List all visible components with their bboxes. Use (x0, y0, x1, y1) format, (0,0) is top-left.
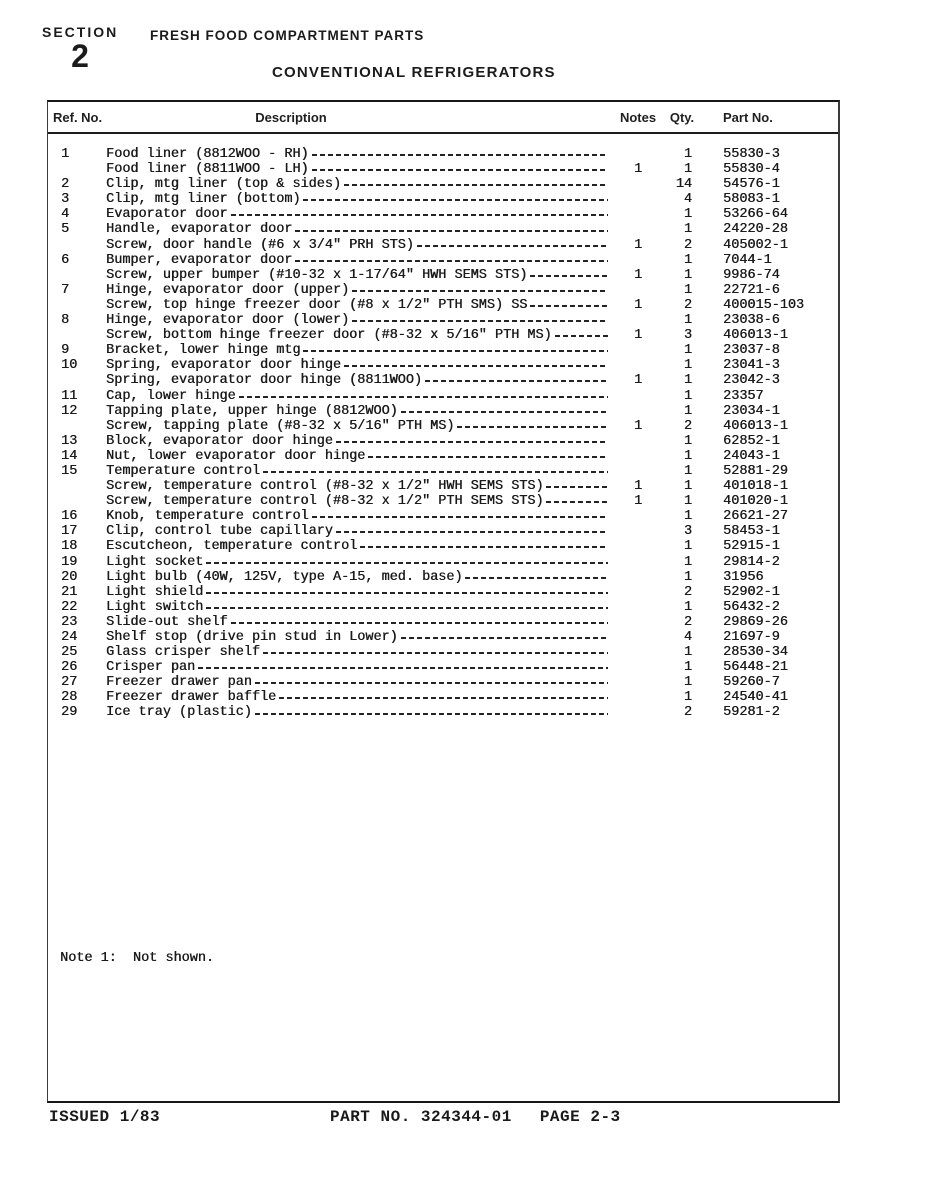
footer-part-number: PART NO. 324344-01 (330, 1108, 512, 1126)
dash-leader (546, 501, 608, 503)
ref-no-cell: 3 (48, 192, 106, 207)
description-text: Screw, temperature control (#8-32 x 1/2"… (106, 479, 543, 494)
notes-cell (616, 449, 660, 464)
ref-no-cell: 17 (48, 524, 106, 539)
ref-no-cell (48, 479, 106, 494)
dash-leader (368, 456, 608, 458)
part-no-cell: 62852-1 (704, 434, 838, 449)
description-text: Food liner (8811WOO - LH) (106, 162, 309, 177)
part-no-cell: 28530-34 (704, 645, 838, 660)
qty-cell: 1 (660, 600, 704, 615)
part-no-cell: 26621-27 (704, 509, 838, 524)
description-cell: Screw, temperature control (#8-32 x 1/2"… (106, 494, 616, 509)
notes-cell (616, 509, 660, 524)
ref-no-cell (48, 373, 106, 388)
dash-leader (312, 516, 608, 518)
notes-cell: 1 (616, 238, 660, 253)
table-row: Screw, top hinge freezer door (#8 x 1/2"… (48, 298, 838, 313)
notes-cell (616, 147, 660, 162)
dash-leader (344, 365, 608, 367)
table-row: 13 Block, evaporator door hinge 1 62852-… (48, 434, 838, 449)
dash-leader (530, 275, 608, 277)
part-no-cell: 29814-2 (704, 555, 838, 570)
dash-leader (530, 305, 608, 307)
qty-cell: 1 (660, 464, 704, 479)
description-cell: Knob, temperature control (106, 509, 616, 524)
notes-cell: 1 (616, 162, 660, 177)
qty-cell: 1 (660, 373, 704, 388)
qty-cell: 2 (660, 238, 704, 253)
dash-leader (417, 245, 608, 247)
table-row: 3 Clip, mtg liner (bottom) 4 58083-1 (48, 192, 838, 207)
qty-cell: 1 (660, 690, 704, 705)
description-cell: Screw, door handle (#6 x 3/4" PRH STS) (106, 238, 616, 253)
table-row: Spring, evaporator door hinge (8811WOO) … (48, 373, 838, 388)
ref-no-cell: 11 (48, 389, 106, 404)
dash-leader (312, 169, 608, 171)
table-row: 22 Light switch 1 56432-2 (48, 600, 838, 615)
ref-no-cell: 23 (48, 615, 106, 630)
table-row: 2 Clip, mtg liner (top & sides) 14 54576… (48, 177, 838, 192)
dash-leader (546, 486, 608, 488)
table-row: 29 Ice tray (plastic) 2 59281-2 (48, 705, 838, 720)
ref-no-cell: 13 (48, 434, 106, 449)
table-row: Screw, tapping plate (#8-32 x 5/16" PTH … (48, 419, 838, 434)
description-cell: Escutcheon, temperature control (106, 539, 616, 554)
qty-cell: 4 (660, 630, 704, 645)
description-text: Cap, lower hinge (106, 389, 236, 404)
description-cell: Clip, mtg liner (bottom) (106, 192, 616, 207)
description-text: Hinge, evaporator door (lower) (106, 313, 349, 328)
part-no-cell: 401018-1 (704, 479, 838, 494)
dash-leader (401, 637, 608, 639)
description-cell: Bumper, evaporator door (106, 253, 616, 268)
qty-cell: 1 (660, 570, 704, 585)
footnote: Note 1: Not shown. (60, 951, 214, 966)
notes-cell (616, 675, 660, 690)
dash-leader (303, 350, 608, 352)
qty-cell: 4 (660, 192, 704, 207)
table-row: 9 Bracket, lower hinge mtg 1 23037-8 (48, 343, 838, 358)
table-row: 4 Evaporator door 1 53266-64 (48, 207, 838, 222)
description-text: Crisper pan (106, 660, 195, 675)
notes-cell: 1 (616, 268, 660, 283)
ref-no-cell (48, 238, 106, 253)
table-row: 11 Cap, lower hinge 1 23357 (48, 389, 838, 404)
qty-cell: 1 (660, 268, 704, 283)
description-cell: Slide-out shelf (106, 615, 616, 630)
table-row: Food liner (8811WOO - LH) 1 1 55830-4 (48, 162, 838, 177)
description-text: Screw, top hinge freezer door (#8 x 1/2"… (106, 298, 527, 313)
description-cell: Clip, mtg liner (top & sides) (106, 177, 616, 192)
dash-leader (336, 441, 608, 443)
part-no-cell: 31956 (704, 570, 838, 585)
ref-no-cell (48, 298, 106, 313)
description-cell: Clip, control tube capillary (106, 524, 616, 539)
table-row: 16 Knob, temperature control 1 26621-27 (48, 509, 838, 524)
part-no-cell: 53266-64 (704, 207, 838, 222)
table-row: Screw, temperature control (#8-32 x 1/2"… (48, 479, 838, 494)
part-no-cell: 23037-8 (704, 343, 838, 358)
description-text: Evaporator door (106, 207, 228, 222)
description-cell: Bracket, lower hinge mtg (106, 343, 616, 358)
table-row: Screw, door handle (#6 x 3/4" PRH STS) 1… (48, 238, 838, 253)
qty-cell: 1 (660, 555, 704, 570)
description-text: Clip, mtg liner (top & sides) (106, 177, 341, 192)
column-header-part-no: Part No. (704, 110, 838, 125)
table-row: 15 Temperature control 1 52881-29 (48, 464, 838, 479)
notes-cell (616, 283, 660, 298)
ref-no-cell: 14 (48, 449, 106, 464)
dash-leader (231, 214, 608, 216)
table-row: 7 Hinge, evaporator door (upper) 1 22721… (48, 283, 838, 298)
table-row: 28 Freezer drawer baffle 1 24540-41 (48, 690, 838, 705)
description-cell: Hinge, evaporator door (lower) (106, 313, 616, 328)
description-text: Light bulb (40W, 125V, type A-15, med. b… (106, 570, 462, 585)
ref-no-cell: 7 (48, 283, 106, 298)
ref-no-cell: 28 (48, 690, 106, 705)
column-header-description: Description (106, 110, 616, 125)
part-no-cell: 29869-26 (704, 615, 838, 630)
description-text: Tapping plate, upper hinge (8812WOO) (106, 404, 398, 419)
table-row: 23 Slide-out shelf 2 29869-26 (48, 615, 838, 630)
notes-cell (616, 434, 660, 449)
qty-cell: 1 (660, 389, 704, 404)
qty-cell: 1 (660, 494, 704, 509)
description-text: Freezer drawer pan (106, 675, 252, 690)
part-no-cell: 23038-6 (704, 313, 838, 328)
table-row: 27 Freezer drawer pan 1 59260-7 (48, 675, 838, 690)
qty-cell: 1 (660, 313, 704, 328)
qty-cell: 14 (660, 177, 704, 192)
notes-cell (616, 645, 660, 660)
notes-cell (616, 570, 660, 585)
part-no-cell: 54576-1 (704, 177, 838, 192)
table-row: 12 Tapping plate, upper hinge (8812WOO) … (48, 404, 838, 419)
dash-leader (206, 607, 608, 609)
part-no-cell: 23042-3 (704, 373, 838, 388)
description-text: Light switch (106, 600, 203, 615)
part-no-cell: 400015-103 (704, 298, 838, 313)
description-text: Slide-out shelf (106, 615, 228, 630)
description-text: Temperature control (106, 464, 260, 479)
qty-cell: 1 (660, 343, 704, 358)
ref-no-cell: 21 (48, 585, 106, 600)
ref-no-cell (48, 268, 106, 283)
description-text: Block, evaporator door hinge (106, 434, 333, 449)
table-row: 26 Crisper pan 1 56448-21 (48, 660, 838, 675)
ref-no-cell (48, 494, 106, 509)
ref-no-cell: 1 (48, 147, 106, 162)
description-text: Screw, tapping plate (#8-32 x 5/16" PTH … (106, 419, 454, 434)
qty-cell: 1 (660, 404, 704, 419)
description-text: Handle, evaporator door (106, 222, 292, 237)
part-no-cell: 23034-1 (704, 404, 838, 419)
table-row: 5 Handle, evaporator door 1 24220-28 (48, 222, 838, 237)
description-cell: Tapping plate, upper hinge (8812WOO) (106, 404, 616, 419)
notes-cell (616, 555, 660, 570)
section-number: 2 (42, 38, 118, 75)
ref-no-cell: 10 (48, 358, 106, 373)
description-cell: Light shield (106, 585, 616, 600)
description-cell: Food liner (8811WOO - LH) (106, 162, 616, 177)
description-cell: Screw, temperature control (#8-32 x 1/2"… (106, 479, 616, 494)
notes-cell (616, 705, 660, 720)
notes-cell: 1 (616, 479, 660, 494)
notes-cell: 1 (616, 328, 660, 343)
description-cell: Handle, evaporator door (106, 222, 616, 237)
table-row: 1 Food liner (8812WOO - RH) 1 55830-3 (48, 147, 838, 162)
dash-leader (425, 380, 608, 382)
notes-cell (616, 343, 660, 358)
qty-cell: 1 (660, 434, 704, 449)
ref-no-cell: 12 (48, 404, 106, 419)
ref-no-cell: 6 (48, 253, 106, 268)
part-no-cell: 59281-2 (704, 705, 838, 720)
ref-no-cell (48, 328, 106, 343)
dash-leader (336, 531, 608, 533)
dash-leader (263, 652, 608, 654)
description-cell: Hinge, evaporator door (upper) (106, 283, 616, 298)
table-row: Screw, temperature control (#8-32 x 1/2"… (48, 494, 838, 509)
notes-cell (616, 585, 660, 600)
column-header-ref-no: Ref. No. (48, 110, 106, 125)
table-row: 24 Shelf stop (drive pin stud in Lower) … (48, 630, 838, 645)
notes-cell (616, 207, 660, 222)
dash-leader (198, 667, 608, 669)
qty-cell: 3 (660, 524, 704, 539)
table-row: 17 Clip, control tube capillary 3 58453-… (48, 524, 838, 539)
notes-cell (616, 389, 660, 404)
table-row: 18 Escutcheon, temperature control 1 529… (48, 539, 838, 554)
dash-leader (295, 260, 608, 262)
part-no-cell: 21697-9 (704, 630, 838, 645)
part-no-cell: 405002-1 (704, 238, 838, 253)
dash-leader (206, 592, 608, 594)
part-no-cell: 56448-21 (704, 660, 838, 675)
notes-cell (616, 660, 660, 675)
dash-leader (401, 411, 608, 413)
table-row: 25 Glass crisper shelf 1 28530-34 (48, 645, 838, 660)
dash-leader (231, 622, 608, 624)
part-no-cell: 59260-7 (704, 675, 838, 690)
qty-cell: 1 (660, 660, 704, 675)
qty-cell: 1 (660, 645, 704, 660)
dash-leader (255, 682, 608, 684)
qty-cell: 1 (660, 539, 704, 554)
description-text: Spring, evaporator door hinge (8811WOO) (106, 373, 422, 388)
notes-cell (616, 615, 660, 630)
ref-no-cell: 22 (48, 600, 106, 615)
dash-leader (360, 546, 608, 548)
ref-no-cell: 15 (48, 464, 106, 479)
ref-no-cell: 20 (48, 570, 106, 585)
scanned-parts-catalog-page: SECTION 2 FRESH FOOD COMPARTMENT PARTS C… (0, 0, 948, 1200)
qty-cell: 1 (660, 253, 704, 268)
ref-no-cell: 29 (48, 705, 106, 720)
footer-page-number: PAGE 2-3 (540, 1108, 621, 1126)
table-row: 20 Light bulb (40W, 125V, type A-15, med… (48, 570, 838, 585)
ref-no-cell: 4 (48, 207, 106, 222)
part-no-cell: 406013-1 (704, 419, 838, 434)
table-row: 14 Nut, lower evaporator door hinge 1 24… (48, 449, 838, 464)
description-cell: Temperature control (106, 464, 616, 479)
notes-cell (616, 253, 660, 268)
ref-no-cell (48, 419, 106, 434)
description-cell: Spring, evaporator door hinge (106, 358, 616, 373)
description-cell: Food liner (8812WOO - RH) (106, 147, 616, 162)
part-no-cell: 52915-1 (704, 539, 838, 554)
qty-cell: 1 (660, 283, 704, 298)
description-text: Shelf stop (drive pin stud in Lower) (106, 630, 398, 645)
column-header-notes: Notes (616, 110, 660, 125)
qty-cell: 1 (660, 675, 704, 690)
dash-leader (312, 154, 608, 156)
part-no-cell: 56432-2 (704, 600, 838, 615)
ref-no-cell: 16 (48, 509, 106, 524)
description-text: Spring, evaporator door hinge (106, 358, 341, 373)
table-row: 8 Hinge, evaporator door (lower) 1 23038… (48, 313, 838, 328)
parts-table-body: 1 Food liner (8812WOO - RH) 1 55830-3 Fo… (48, 134, 838, 721)
part-no-cell: 52902-1 (704, 585, 838, 600)
parts-table-header: Ref. No. Description Notes Qty. Part No. (48, 102, 838, 134)
part-no-cell: 55830-4 (704, 162, 838, 177)
description-text: Glass crisper shelf (106, 645, 260, 660)
ref-no-cell: 19 (48, 555, 106, 570)
description-cell: Light socket (106, 555, 616, 570)
dash-leader (344, 184, 608, 186)
description-cell: Screw, upper bumper (#10-32 x 1-17/64" H… (106, 268, 616, 283)
description-cell: Screw, tapping plate (#8-32 x 5/16" PTH … (106, 419, 616, 434)
notes-cell (616, 313, 660, 328)
qty-cell: 1 (660, 358, 704, 373)
dash-leader (239, 396, 608, 398)
qty-cell: 1 (660, 449, 704, 464)
page-subtitle: CONVENTIONAL REFRIGERATORS (272, 64, 556, 81)
notes-cell (616, 690, 660, 705)
dash-leader (255, 713, 608, 715)
description-text: Clip, control tube capillary (106, 524, 333, 539)
dash-leader (295, 230, 608, 232)
description-cell: Spring, evaporator door hinge (8811WOO) (106, 373, 616, 388)
dash-leader (352, 320, 608, 322)
qty-cell: 2 (660, 419, 704, 434)
notes-cell (616, 404, 660, 419)
ref-no-cell: 8 (48, 313, 106, 328)
page-title: FRESH FOOD COMPARTMENT PARTS (150, 28, 424, 43)
part-no-cell: 55830-3 (704, 147, 838, 162)
description-cell: Screw, top hinge freezer door (#8 x 1/2"… (106, 298, 616, 313)
description-cell: Cap, lower hinge (106, 389, 616, 404)
part-no-cell: 22721-6 (704, 283, 838, 298)
qty-cell: 2 (660, 615, 704, 630)
dash-leader (457, 426, 608, 428)
column-header-qty: Qty. (660, 110, 704, 125)
ref-no-cell: 9 (48, 343, 106, 358)
dash-leader (465, 577, 608, 579)
description-cell: Nut, lower evaporator door hinge (106, 449, 616, 464)
part-no-cell: 58083-1 (704, 192, 838, 207)
dash-leader (352, 290, 608, 292)
ref-no-cell: 26 (48, 660, 106, 675)
description-text: Hinge, evaporator door (upper) (106, 283, 349, 298)
table-row: Screw, bottom hinge freezer door (#8-32 … (48, 328, 838, 343)
notes-cell: 1 (616, 419, 660, 434)
table-row: 6 Bumper, evaporator door 1 7044-1 (48, 253, 838, 268)
dash-leader (303, 199, 608, 201)
description-text: Escutcheon, temperature control (106, 539, 357, 554)
qty-cell: 1 (660, 479, 704, 494)
description-text: Light socket (106, 555, 203, 570)
description-text: Screw, temperature control (#8-32 x 1/2"… (106, 494, 543, 509)
dash-leader (279, 697, 608, 699)
ref-no-cell: 25 (48, 645, 106, 660)
description-text: Freezer drawer baffle (106, 690, 276, 705)
notes-cell (616, 177, 660, 192)
table-row: 19 Light socket 1 29814-2 (48, 555, 838, 570)
part-no-cell: 58453-1 (704, 524, 838, 539)
notes-cell (616, 222, 660, 237)
qty-cell: 2 (660, 298, 704, 313)
notes-cell (616, 358, 660, 373)
part-no-cell: 9986-74 (704, 268, 838, 283)
description-text: Bracket, lower hinge mtg (106, 343, 300, 358)
table-row: 21 Light shield 2 52902-1 (48, 585, 838, 600)
notes-cell: 1 (616, 373, 660, 388)
notes-cell (616, 192, 660, 207)
description-cell: Evaporator door (106, 207, 616, 222)
part-no-cell: 24220-28 (704, 222, 838, 237)
qty-cell: 1 (660, 509, 704, 524)
description-text: Light shield (106, 585, 203, 600)
dash-leader (206, 562, 608, 564)
description-cell: Block, evaporator door hinge (106, 434, 616, 449)
qty-cell: 1 (660, 207, 704, 222)
part-no-cell: 24043-1 (704, 449, 838, 464)
notes-cell (616, 464, 660, 479)
part-no-cell: 406013-1 (704, 328, 838, 343)
description-cell: Glass crisper shelf (106, 645, 616, 660)
part-no-cell: 23357 (704, 389, 838, 404)
description-cell: Light bulb (40W, 125V, type A-15, med. b… (106, 570, 616, 585)
qty-cell: 2 (660, 585, 704, 600)
description-text: Bumper, evaporator door (106, 253, 292, 268)
qty-cell: 1 (660, 162, 704, 177)
notes-cell (616, 600, 660, 615)
table-row: 10 Spring, evaporator door hinge 1 23041… (48, 358, 838, 373)
description-cell: Freezer drawer baffle (106, 690, 616, 705)
description-text: Food liner (8812WOO - RH) (106, 147, 309, 162)
description-text: Screw, bottom hinge freezer door (#8-32 … (106, 328, 552, 343)
description-text: Nut, lower evaporator door hinge (106, 449, 365, 464)
description-text: Screw, door handle (#6 x 3/4" PRH STS) (106, 238, 414, 253)
notes-cell (616, 539, 660, 554)
ref-no-cell: 5 (48, 222, 106, 237)
ref-no-cell: 18 (48, 539, 106, 554)
dash-leader (555, 335, 608, 337)
description-text: Knob, temperature control (106, 509, 309, 524)
description-cell: Crisper pan (106, 660, 616, 675)
qty-cell: 1 (660, 222, 704, 237)
part-no-cell: 7044-1 (704, 253, 838, 268)
part-no-cell: 52881-29 (704, 464, 838, 479)
ref-no-cell (48, 162, 106, 177)
notes-cell (616, 524, 660, 539)
description-text: Clip, mtg liner (bottom) (106, 192, 300, 207)
table-row: Screw, upper bumper (#10-32 x 1-17/64" H… (48, 268, 838, 283)
qty-cell: 3 (660, 328, 704, 343)
ref-no-cell: 24 (48, 630, 106, 645)
